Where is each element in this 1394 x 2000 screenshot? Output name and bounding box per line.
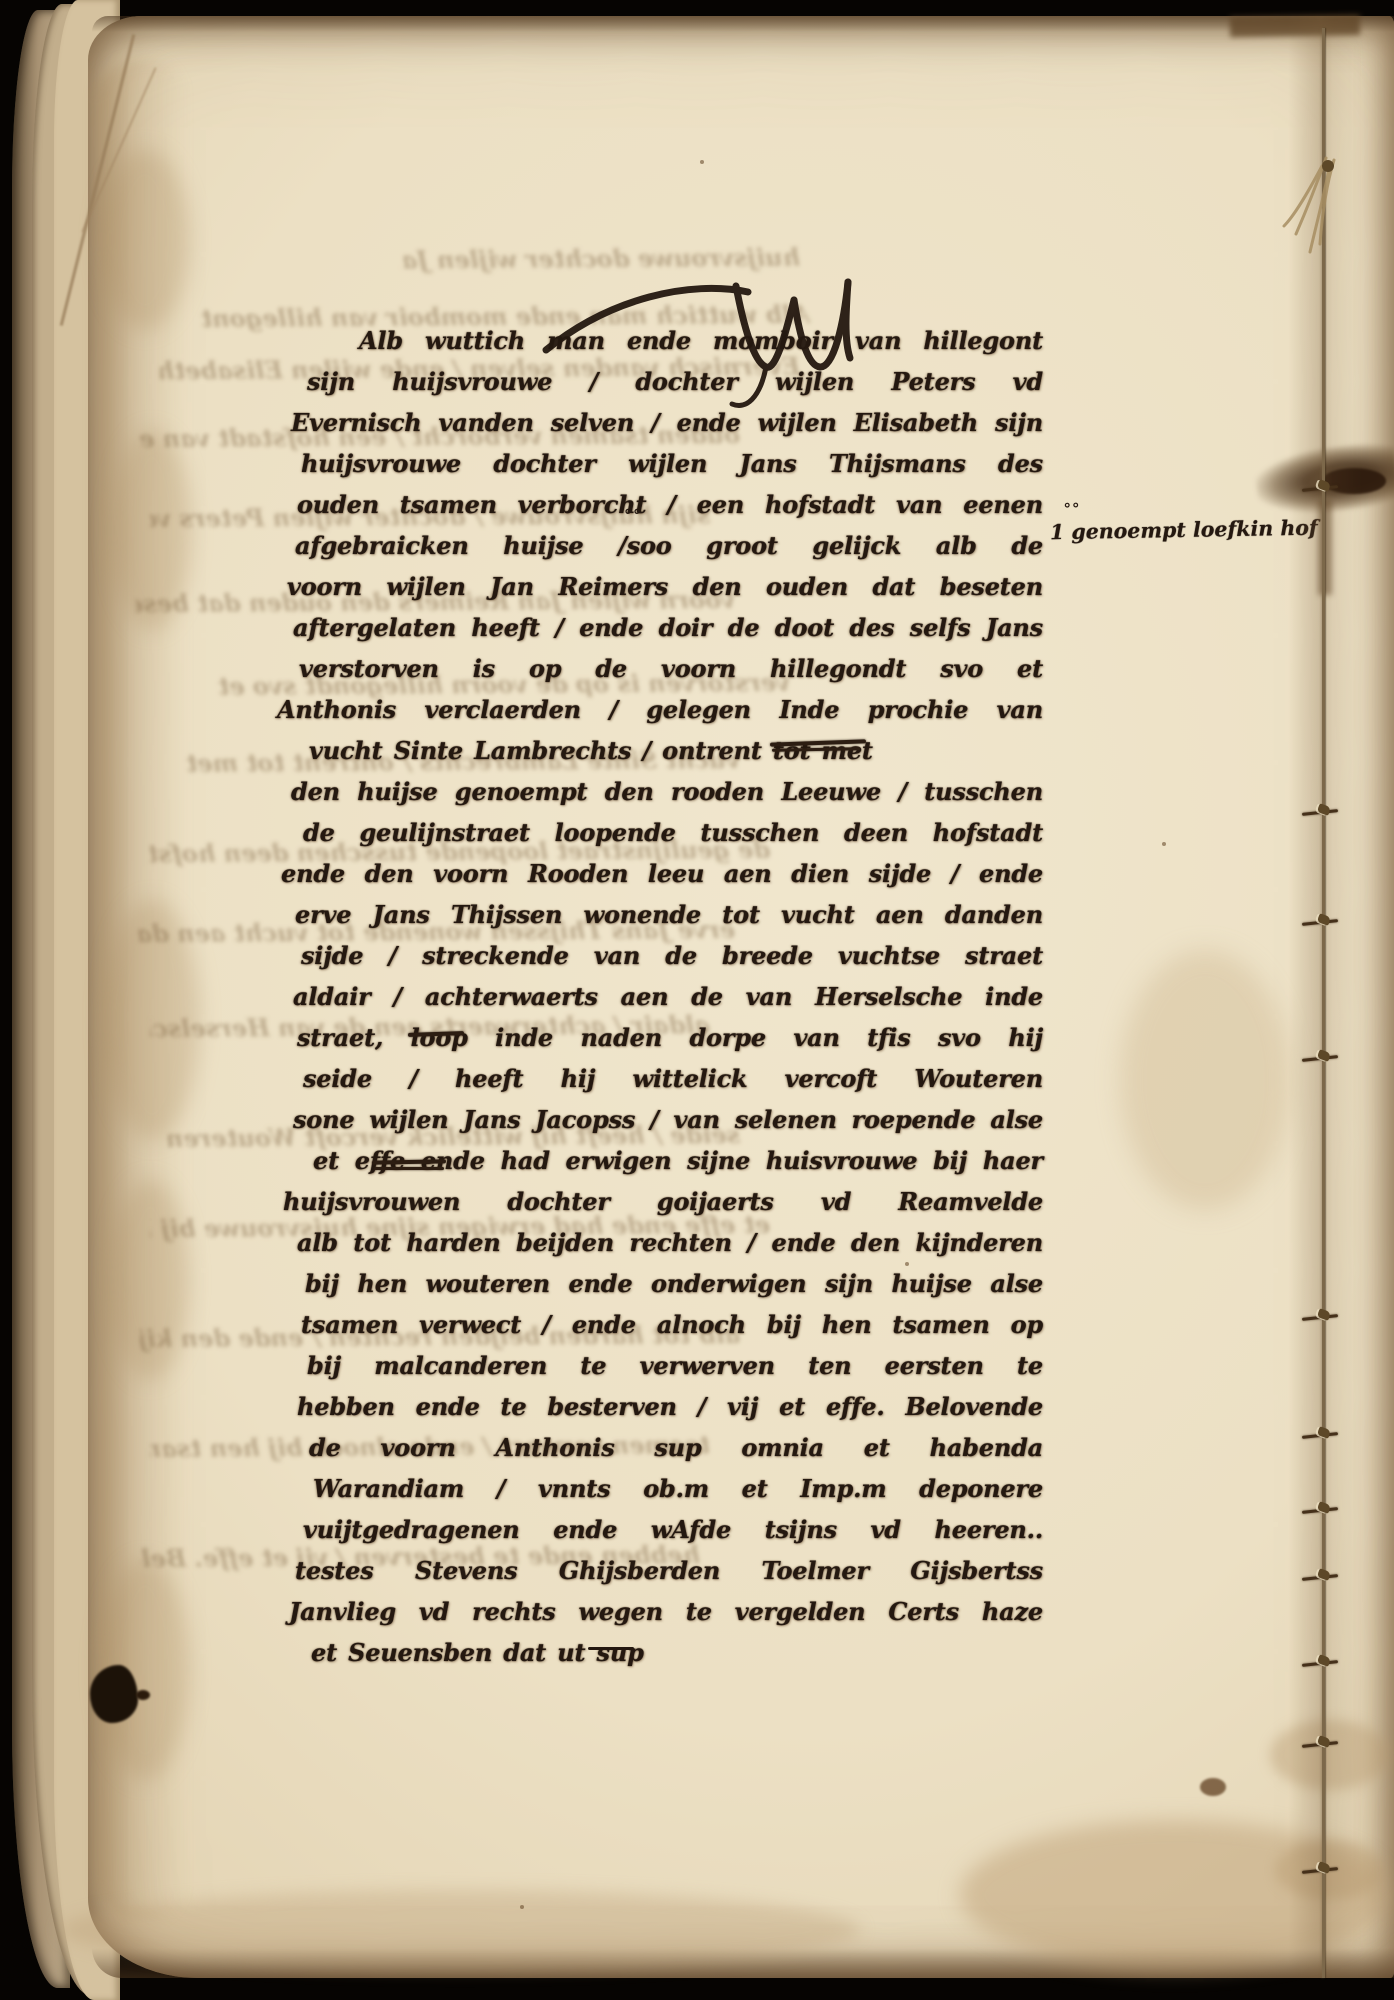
background: { "document": { "kind": "Handwritten man… — [0, 0, 1394, 2000]
thread-tuft — [1276, 156, 1340, 256]
stitch-knot — [1300, 1501, 1350, 1519]
stitch-layer — [0, 0, 1394, 2000]
stitch-knot — [1300, 1861, 1350, 1879]
stitch-knot — [1300, 913, 1350, 931]
stitch-knot — [1300, 1735, 1350, 1753]
stitch-knot — [1300, 1568, 1350, 1586]
stitch-knot — [1300, 479, 1350, 497]
stitch-knot — [1300, 1049, 1350, 1067]
stitch-knot — [1300, 1308, 1350, 1326]
stitch-knot — [1300, 1654, 1350, 1672]
stitch-knot — [1300, 1426, 1350, 1444]
stitch-knot — [1300, 803, 1350, 821]
